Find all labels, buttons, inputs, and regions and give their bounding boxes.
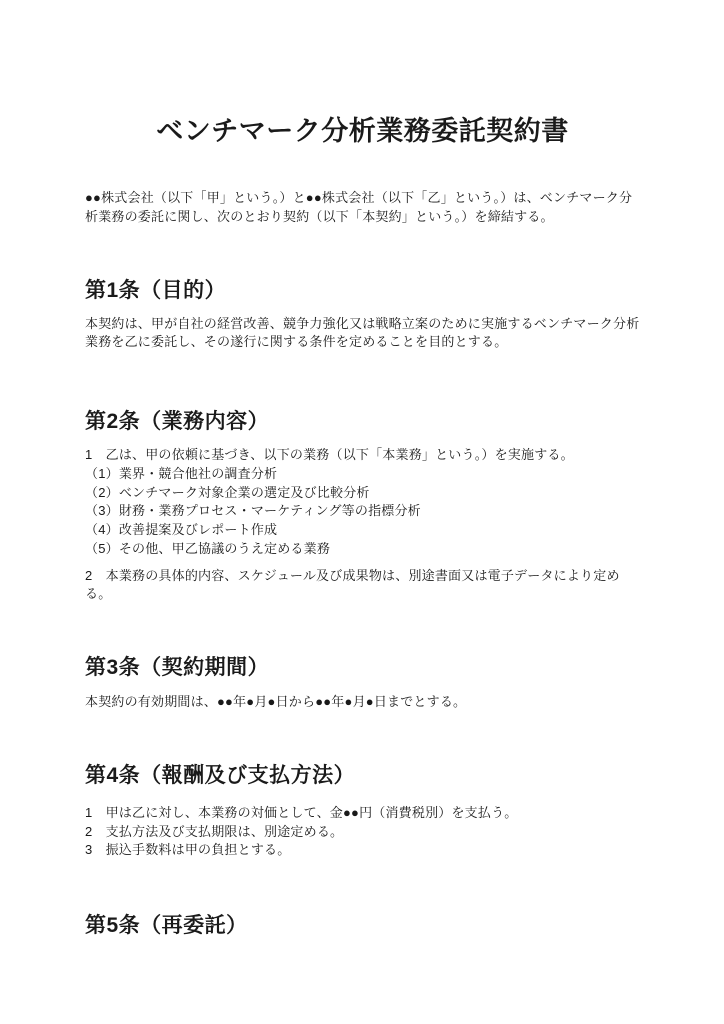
- article-4-items: 1 甲は乙に対し、本業務の対価として、金●●円（消費税別）を支払う。 2 支払方…: [85, 804, 640, 860]
- document-title: ベンチマーク分析業務委託契約書: [85, 114, 640, 149]
- article-2-note: 2 本業務の具体的内容、スケジュール及び成果物は、別途書面又は電子データにより定…: [85, 567, 640, 604]
- contract-document-page: ベンチマーク分析業務委託契約書 ●●株式会社（以下「甲」という。）と●●株式会社…: [0, 0, 724, 1024]
- intro-paragraph: ●●株式会社（以下「甲」という。）と●●株式会社（以下「乙」という。）は、ベンチ…: [85, 189, 640, 226]
- section-article-3: 第3条（契約期間） 本契約の有効期間は、●●年●月●日から●●年●月●日までとす…: [85, 656, 640, 712]
- article-3-body: 本契約の有効期間は、●●年●月●日から●●年●月●日までとする。: [85, 693, 640, 712]
- article-1-heading: 第1条（目的）: [85, 279, 640, 303]
- article-2-items: 1 乙は、甲の依頼に基づき、以下の業務（以下「本業務」という。）を実施する。 （…: [85, 446, 640, 558]
- article-5-heading: 第5条（再委託）: [85, 914, 640, 938]
- section-article-5: 第5条（再委託）: [85, 914, 640, 938]
- article-3-heading: 第3条（契約期間）: [85, 656, 640, 680]
- section-article-2: 第2条（業務内容） 1 乙は、甲の依頼に基づき、以下の業務（以下「本業務」という…: [85, 410, 640, 604]
- article-4-heading: 第4条（報酬及び支払方法）: [85, 764, 640, 788]
- article-2-heading: 第2条（業務内容）: [85, 410, 640, 434]
- section-article-4: 第4条（報酬及び支払方法） 1 甲は乙に対し、本業務の対価として、金●●円（消費…: [85, 764, 640, 860]
- article-1-body: 本契約は、甲が自社の経営改善、競争力強化又は戦略立案のために実施するベンチマーク…: [85, 315, 640, 352]
- section-article-1: 第1条（目的） 本契約は、甲が自社の経営改善、競争力強化又は戦略立案のために実施…: [85, 279, 640, 353]
